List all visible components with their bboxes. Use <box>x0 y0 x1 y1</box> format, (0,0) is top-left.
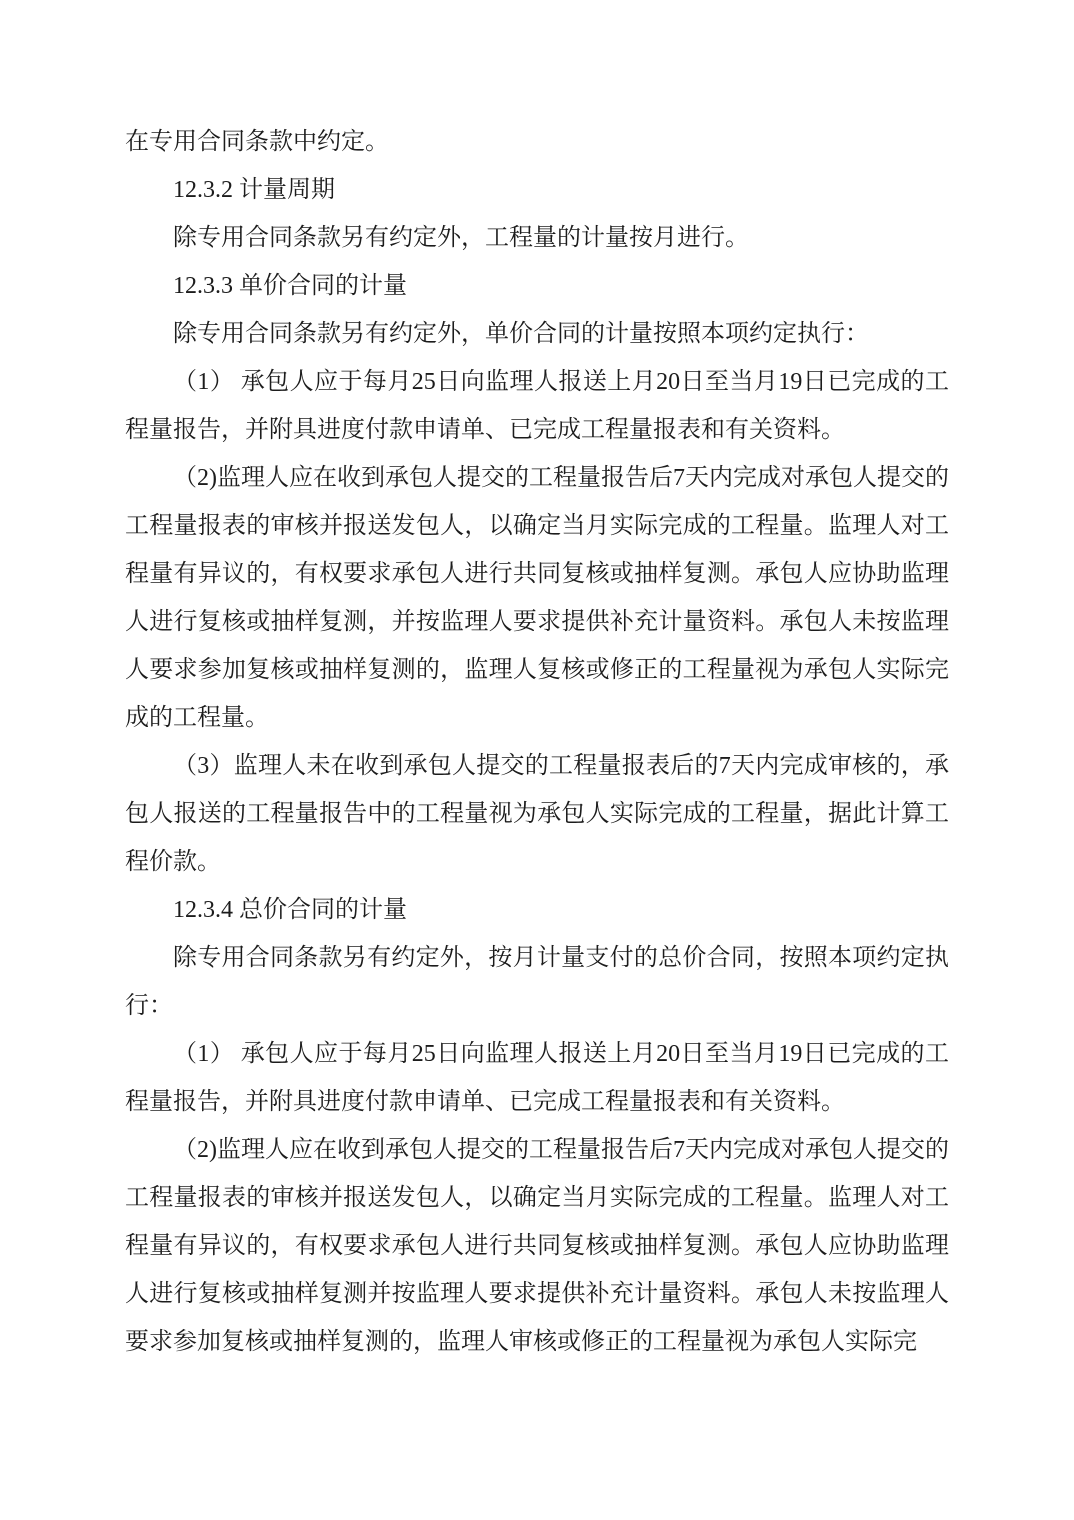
clause-heading: 12.3.3 单价合同的计量 <box>125 262 949 310</box>
body-paragraph: （1） 承包人应于每月25日向监理人报送上月20日至当月19日已完成的工程量报告… <box>125 1030 949 1126</box>
clause-heading: 12.3.4 总价合同的计量 <box>125 886 949 934</box>
document-page: 在专用合同条款中约定。12.3.2 计量周期除专用合同条款另有约定外，工程量的计… <box>0 0 1074 1520</box>
clause-heading: 12.3.2 计量周期 <box>125 166 949 214</box>
body-paragraph: 除专用合同条款另有约定外，按月计量支付的总价合同，按照本项约定执行： <box>125 934 949 1030</box>
body-paragraph: （2)监理人应在收到承包人提交的工程量报告后7天内完成对承包人提交的工程量报表的… <box>125 1126 949 1366</box>
body-paragraph: （3）监理人未在收到承包人提交的工程量报表后的7天内完成审核的，承包人报送的工程… <box>125 742 949 886</box>
continuation-paragraph: 在专用合同条款中约定。 <box>125 118 949 166</box>
body-paragraph: （2)监理人应在收到承包人提交的工程量报告后7天内完成对承包人提交的工程量报表的… <box>125 454 949 742</box>
body-paragraph: （1） 承包人应于每月25日向监理人报送上月20日至当月19日已完成的工程量报告… <box>125 358 949 454</box>
body-paragraph: 除专用合同条款另有约定外，工程量的计量按月进行。 <box>125 214 949 262</box>
document-content: 在专用合同条款中约定。12.3.2 计量周期除专用合同条款另有约定外，工程量的计… <box>125 118 949 1366</box>
body-paragraph: 除专用合同条款另有约定外，单价合同的计量按照本项约定执行： <box>125 310 949 358</box>
